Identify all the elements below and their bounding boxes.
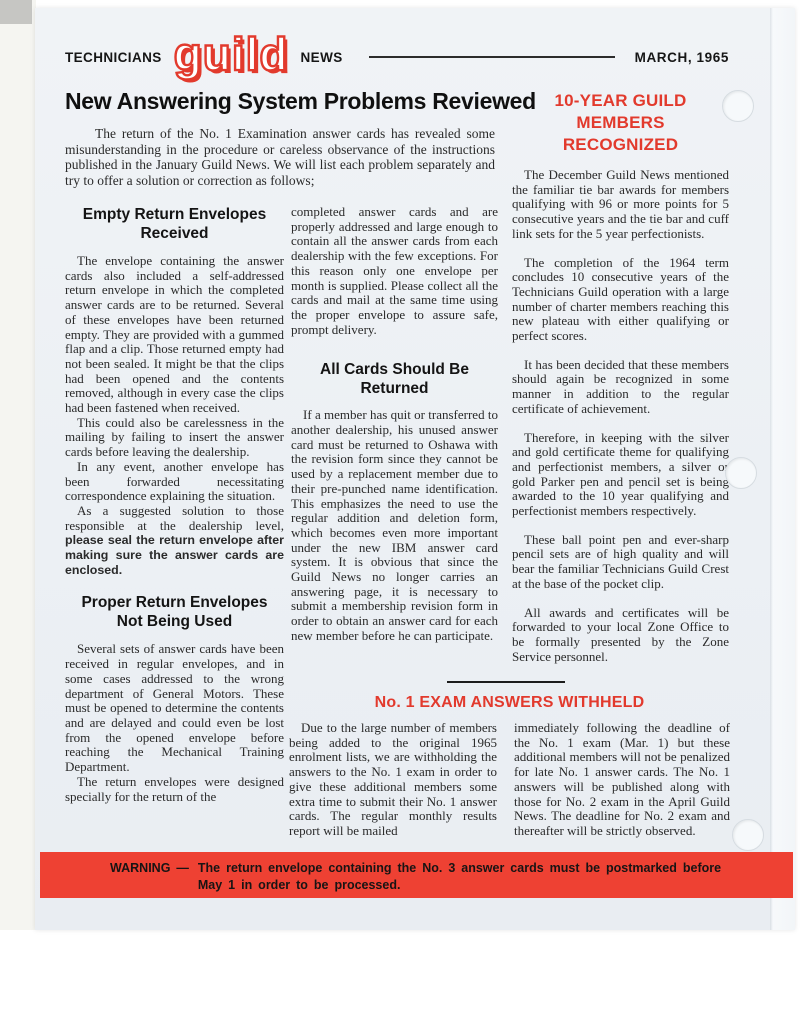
punch-hole: [722, 90, 754, 122]
heading-line: Received: [140, 225, 208, 242]
heading-line: RECOGNIZED: [563, 135, 678, 154]
warning-bar: WARNING — The return envelope containing…: [40, 852, 793, 898]
exam-answers-section: No. 1 EXAM ANSWERS WITHHELD Due to the l…: [289, 694, 730, 839]
heading-proper-envelopes: Proper Return EnvelopesNot Being Used: [65, 594, 284, 631]
paragraph: The envelope containing the answer cards…: [65, 254, 284, 416]
paragraph-continued: immediately following the deadline of th…: [514, 721, 730, 839]
paragraph: The return envelopes were designed speci…: [65, 775, 284, 804]
paragraph: In any event, another envelope has been …: [65, 460, 284, 504]
heading-exam-withheld: No. 1 EXAM ANSWERS WITHHELD: [289, 694, 730, 712]
paragraph: Due to the large number of members being…: [289, 721, 497, 839]
paragraph: Therefore, in keeping with the silver an…: [512, 431, 729, 519]
masthead-rule: [369, 56, 615, 58]
punch-hole: [732, 819, 764, 851]
warning-line: The return envelope containing the No. 3…: [198, 860, 793, 877]
paragraph: If a member has quit or transferred to a…: [291, 408, 498, 643]
issue-date: MARCH, 1965: [635, 50, 729, 65]
heading-line: Proper Return Envelopes: [81, 594, 267, 611]
heading-line: Not Being Used: [117, 613, 232, 630]
warning-line: May 1 in order to be processed.: [198, 877, 793, 894]
paragraph: Several sets of answer cards have been r…: [65, 642, 284, 774]
heading-line: Empty Return Envelopes: [83, 206, 266, 223]
scanner-corner: [0, 0, 32, 24]
masthead-news: NEWS: [301, 50, 343, 65]
heading-ten-year-members: 10-YEAR GUILD MEMBERSRECOGNIZED: [512, 90, 729, 156]
heading-line: Returned: [360, 380, 428, 397]
heading-line: 10-YEAR GUILD MEMBERS: [554, 91, 686, 132]
section-divider-rule: [447, 681, 565, 683]
paragraph: This could also be carelessness in the m…: [65, 416, 284, 460]
guild-logo: guild: [174, 34, 289, 74]
paragraph: It has been decided that these members s…: [512, 358, 729, 417]
lead-article-title: New Answering System Problems Reviewed: [65, 88, 501, 115]
paragraph: As a suggested solution to those respons…: [65, 504, 284, 578]
paragraph: The December Guild News mentioned the fa…: [512, 168, 729, 242]
middle-column: completed answer cards and are properly …: [291, 205, 498, 683]
paragraph-text: As a suggested solution to those respons…: [65, 503, 284, 533]
warning-message: The return envelope containing the No. 3…: [198, 860, 793, 893]
masthead: TECHNICIANS guild NEWS MARCH, 1965: [65, 32, 729, 82]
heading-empty-envelopes: Empty Return EnvelopesReceived: [65, 206, 284, 243]
left-column: Empty Return EnvelopesReceived The envel…: [65, 198, 284, 848]
paragraph-continued: completed answer cards and are properly …: [291, 205, 498, 337]
warning-label: WARNING —: [110, 860, 189, 877]
newsletter-page: TECHNICIANS guild NEWS MARCH, 1965 New A…: [35, 8, 795, 930]
scanner-margin: [0, 0, 36, 930]
paragraph-bold-text: please seal the return envelope after ma…: [65, 533, 284, 576]
heading-all-cards: All Cards Should BeReturned: [291, 361, 498, 398]
exam-columns: Due to the large number of members being…: [289, 721, 730, 839]
right-column: 10-YEAR GUILD MEMBERSRECOGNIZED The Dece…: [512, 90, 729, 704]
paper-edge-fold: [770, 8, 795, 930]
paragraph: All awards and certificates will be forw…: [512, 606, 729, 665]
paragraph: The completion of the 1964 term conclude…: [512, 256, 729, 344]
heading-line: All Cards Should Be: [320, 361, 469, 378]
lead-article-intro: The return of the No. 1 Examination answ…: [65, 126, 495, 188]
punch-hole: [725, 457, 757, 489]
paragraph: These ball point pen and ever-sharp penc…: [512, 533, 729, 592]
masthead-technicians: TECHNICIANS: [65, 50, 162, 65]
